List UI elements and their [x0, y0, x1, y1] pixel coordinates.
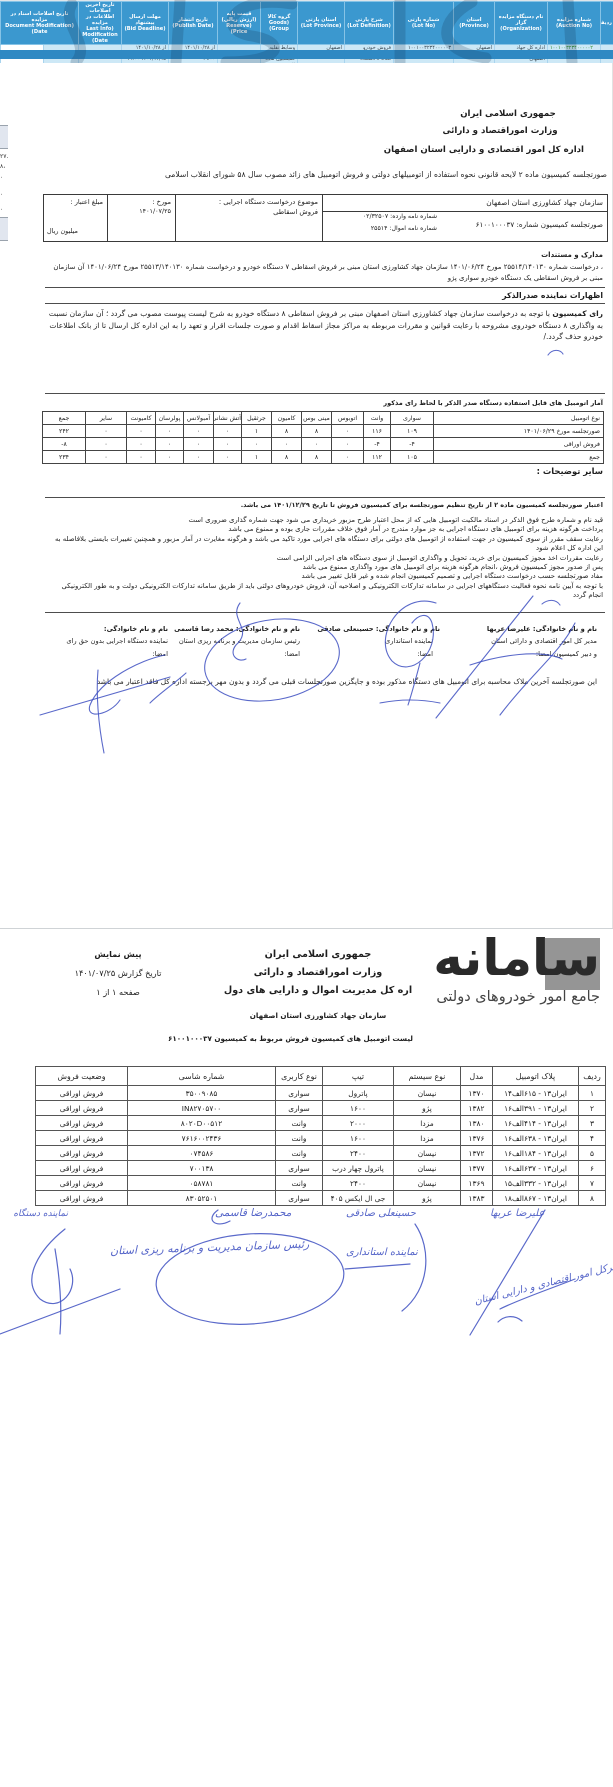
vehicle-cell: ۲ [579, 1101, 606, 1116]
vehicle-cell: ۱۶۰۰ [323, 1101, 394, 1116]
info-credit-unit: میلیون ریال [47, 227, 78, 235]
stats-cell: ۰ [184, 425, 214, 438]
background-fragment-box [0, 217, 8, 241]
vehicle-cell: وانت [276, 1131, 323, 1146]
col-header-label-en: (Province) [455, 23, 493, 29]
vehicle-cell: ۵ [579, 1146, 606, 1161]
col-header-lot-no: شماره پارتی(Lot No) [394, 2, 454, 45]
vehicle-stats-table: نوع اتومبیل سواری وانت اتوبوس مینی بوس ک… [42, 411, 604, 464]
list-title: لیست اتومبیل های کمیسیون فروش مربوط به ک… [193, 1034, 413, 1044]
stats-col-header: جرثقیل [242, 412, 272, 425]
preview-label: پیش نمایش [58, 948, 178, 960]
vehicle-cell: پاترول چهار درب [323, 1161, 394, 1176]
signature-stroke [32, 1229, 73, 1304]
info-commission-number: صورتجلسه کمیسیون شماره: ۶۱۰۰۱۰۰۰۳۷ [476, 220, 603, 229]
vehicle-cell: ۴ [579, 1131, 606, 1146]
vehicle-cell: سواری [276, 1191, 323, 1206]
signature-stroke [402, 1224, 426, 1311]
vehicle-col-header: پلاک اتومبیل [493, 1067, 579, 1086]
vehicle-cell: پاترول [323, 1086, 394, 1101]
vehicle-row: ۵ ایران۱۳ - ۱۸۴الف۱۶ ۱۳۷۲ نیسان ۲۴۰۰ وان… [36, 1146, 606, 1161]
vehicle-cell: ۱۳۷۷ [461, 1161, 493, 1176]
representative-heading: اظهارات نماینده صدرالذکر [502, 291, 603, 300]
vehicle-cell: ۸ [579, 1191, 606, 1206]
stats-col-header: کامیونت [127, 412, 156, 425]
vehicle-cell: ۸۳۰۵۲۵۰۱ [128, 1191, 276, 1206]
heading-republic: جمهوری اسلامی ایران [418, 108, 598, 120]
stats-col-header: کامیون [272, 412, 302, 425]
signatory-name-line: نام و نام خانوادگی: حسینعلی صادقی [310, 623, 440, 635]
col-header-goods-group: گروه کالا(Goods Group) [261, 2, 298, 45]
col-header-last-info-modification: تاریخ آخرین اصلاحات اطلاعات در مزایده(La… [79, 2, 122, 45]
stats-col-header: وانت [364, 412, 391, 425]
vehicle-row: ۴ ایران۱۳ - ۶۳۸الف۱۶ ۱۳۷۶ مزدا ۱۶۰۰ وانت… [36, 1131, 606, 1146]
info-box-divider [175, 195, 176, 241]
col-header-label: تاریخ اصلاحات اسناد در مزایده [2, 11, 77, 23]
stats-cell: ۰ [214, 438, 242, 451]
stats-cell: -۴ [364, 438, 391, 451]
signatory-4: نام و نام خانوادگی: نماینده دستگاه اجرای… [30, 623, 168, 660]
vehicle-cell: ۱ [579, 1086, 606, 1101]
vehicle-cell: وانت [276, 1146, 323, 1161]
signatory-role: نماینده دستگاه اجرایی بدون حق رای [30, 635, 168, 647]
col-header-label: مهلت ارسال پیشنهاد [123, 14, 167, 26]
name-label: نام و نام خانوادگی: [104, 625, 168, 633]
stats-cell: ۰ [332, 451, 364, 464]
signatory-1: نام و نام خانوادگی: علیرضا عربها مدیر کل… [440, 623, 597, 660]
info-box-divider [322, 195, 323, 241]
vehicle-cell: ایران۱۳ - ۳۳۲الف۱۵ [493, 1176, 579, 1191]
vehicle-cell: ایران۱۳ - ۳۹۱الف۱۶ [493, 1101, 579, 1116]
document-title: صورتجلسه کمیسیون ماده ۲ لایحه قانونی نحو… [165, 170, 607, 180]
signatory-name-line: نام و نام خانوادگی: علیرضا عربها [440, 623, 597, 635]
vehicle-cell: ۱۳۸۲ [461, 1101, 493, 1116]
vehicle-list-table: ردیف پلاک اتومبیل مدل نوع سیستم تیپ نوع … [35, 1066, 606, 1206]
vehicle-cell: IN۸۲۷۰۵۷۰۰ [128, 1101, 276, 1116]
stats-col-header: جمع [43, 412, 86, 425]
name-label: نام و نام خانوادگی: [236, 625, 300, 633]
vehicle-header-row: ردیف پلاک اتومبیل مدل نوع سیستم تیپ نوع … [36, 1067, 606, 1086]
vehicle-cell: سواری [276, 1161, 323, 1176]
col-header-province: استان(Province) [454, 2, 495, 45]
signatory-name: حسینعلی صادقی [317, 625, 373, 633]
vehicle-cell: ۷۶۱۶۰۰۲۴۳۶ [128, 1131, 276, 1146]
samaneh-logo: سامانه [433, 929, 600, 987]
stats-cell: ۰ [332, 438, 364, 451]
stats-row: فروش اوراقی -۴ -۴ ۰ ۰ ۰ ۰ ۰ ۰ ۰ ۰ ۰ -۸ [43, 438, 604, 451]
col-header-label: ردیف [602, 20, 612, 26]
stats-col-header: مینی بوس [302, 412, 332, 425]
signatory-3: نام و نام خانوادگی: محمد رضا قاسمی رئیس … [150, 623, 300, 660]
info-box-divider [322, 211, 607, 212]
vehicle-cell: فروش اوراقی [36, 1101, 128, 1116]
col-header-label-en: (Publish Date) [170, 23, 216, 29]
signatory-name-line: نام و نام خانوادگی: [30, 623, 168, 635]
vehicle-cell: مزدا [394, 1116, 461, 1131]
stats-cell: -۸ [43, 438, 86, 451]
stats-cell: ۱ [242, 451, 272, 464]
vehicle-cell: ایران۱۳ - ۶۱۵الف۱۴ [493, 1086, 579, 1101]
stats-cell: ۱۱۶ [364, 425, 391, 438]
info-organization: سازمان جهاد کشاورزی استان اصفهان [486, 198, 603, 207]
vehicle-cell: ۲۰۰۰ [323, 1116, 394, 1131]
signature-stroke [498, 1317, 522, 1322]
handwritten-rep-device: نماینده دستگاه [2, 1209, 68, 1219]
vehicle-cell: ۷۰۰۱۳۸ [128, 1161, 276, 1176]
report-date: تاریخ گزارش ۱۴۰۱/۰۷/۲۵ [58, 967, 178, 979]
col-header-label-en: (Lot No) [395, 23, 452, 29]
col-header-reserve-price: قیمت پایه (ارزش ریالی)(Reserve Price) [218, 2, 261, 45]
info-box: سازمان جهاد کشاورزی استان اصفهان صورتجلس… [43, 194, 608, 242]
assets-letter-value: ۲۵۵۱۴ [371, 225, 388, 232]
vehicle-cell: جی ال ایکس ۴۰۵ [323, 1191, 394, 1206]
commission-number-label: صورتجلسه کمیسیون شماره: [517, 220, 604, 229]
vehicle-cell: نیسان [394, 1176, 461, 1191]
vehicle-cell: ۶ [579, 1161, 606, 1176]
vehicle-cell: فروش اوراقی [36, 1086, 128, 1101]
vehicle-row: ۲ ایران۱۳ - ۳۹۱الف۱۶ ۱۳۸۲ پژو ۱۶۰۰ سواری… [36, 1101, 606, 1116]
vehicle-cell: نیسان [394, 1161, 461, 1176]
col-header-label-en: (Bid Deadline) [123, 26, 167, 32]
vehicle-cell: فروش اوراقی [36, 1161, 128, 1176]
background-fragment-box [0, 125, 8, 149]
stats-col-header: آمبولانس [184, 412, 214, 425]
vehicle-cell: نیسان [394, 1086, 461, 1101]
stats-col-header: آتش نشانی [214, 412, 242, 425]
vote-label: رای کمیسیون [552, 309, 603, 318]
stats-cell: ۸ [272, 451, 302, 464]
note-item: قید نام و شماره طرح فوق الذکر در اسناد م… [45, 516, 603, 525]
assets-letter-label: شماره نامه اموال: [389, 225, 437, 232]
vehicle-cell: نیسان [394, 1146, 461, 1161]
vehicle-cell: وانت [276, 1176, 323, 1191]
note-item: رعایت مقررات اخذ مجوز کمیسیون برای خرید،… [45, 554, 603, 563]
vehicle-cell: ۱۳۸۳ [461, 1191, 493, 1206]
col-header-label-en: (Lot Province) [299, 23, 343, 29]
stats-col-header: سواری [391, 412, 434, 425]
section-divider [45, 303, 605, 304]
vehicle-cell: سواری [276, 1101, 323, 1116]
name-label: نام و نام خانوادگی: [376, 625, 440, 633]
signatory-sign-label: و دبیر کمیسیون امضا: [440, 648, 597, 660]
stats-cell: ۸ [302, 451, 332, 464]
vehicle-col-header: وضعیت فروش [36, 1067, 128, 1086]
stats-cell: ۰ [332, 425, 364, 438]
ink-mark [542, 600, 560, 605]
signatory-2: نام و نام خانوادگی: حسینعلی صادقی نمایند… [310, 623, 440, 660]
note-item: مفاد صورتجلسه حسب درخواست دستگاه اجرایی … [45, 572, 603, 581]
stats-cell: ۰ [156, 438, 184, 451]
stats-cell: ۲۳۴ [43, 451, 86, 464]
auction-table-header-row: ردیف شماره مزایده(Auction No) نام دستگاه… [1, 2, 613, 45]
col-header-auction-no: شماره مزایده(Auction No) [548, 2, 601, 45]
signatory-name: علیرضا عربها [487, 625, 531, 633]
vehicle-col-header: تیپ [323, 1067, 394, 1086]
other-notes-heading: سایر توضیحات : [537, 466, 603, 476]
col-header-index: ردیف [601, 2, 613, 45]
samaneh-tagline: جامع امور خودروهای دولتی [436, 988, 600, 1006]
col-header-label: نام دستگاه مزایده گزار [496, 14, 546, 26]
vehicle-row: ۱ ایران۱۳ - ۶۱۵الف۱۴ ۱۳۷۰ نیسان پاترول س… [36, 1086, 606, 1101]
note-item: پرداخت هرگونه هزینه برای اتومبیل های دست… [45, 525, 603, 534]
stats-cell: ۰ [214, 425, 242, 438]
heading-directorate: اداره کل امور اقتصادی و دارایی استان اصف… [384, 144, 584, 156]
section-divider [45, 612, 605, 613]
stats-header-row: نوع اتومبیل سواری وانت اتوبوس مینی بوس ک… [43, 412, 604, 425]
background-fragment-text: ۸، [0, 163, 5, 170]
stats-cell: ۰ [184, 438, 214, 451]
info-credit-label: مبلغ اعتبار : [70, 198, 103, 206]
vehicle-cell: ۲۴۰۰ [323, 1176, 394, 1191]
signature-ink-icon [0, 929, 613, 1787]
stats-cell: ۱۱۲ [364, 451, 391, 464]
auction-listing: ردیف شماره مزایده(Auction No) نام دستگاه… [0, 0, 613, 63]
vehicle-cell: ۱۳۷۲ [461, 1146, 493, 1161]
handwritten-ghasemi-name: محمدرضا قاسمی [215, 1207, 291, 1219]
documents-heading: مدارک و مستندات [541, 251, 603, 259]
section-divider [45, 393, 605, 394]
handwritten-arabha-name: علیرضا عربها [490, 1208, 544, 1219]
note-item: رعایت سقف مقرر از سوی کمیسیون در جهت است… [45, 535, 603, 554]
stats-row: جمع ۱۰۵ ۱۱۲ ۰ ۸ ۸ ۱ ۰ ۰ ۰ ۰ ۰ ۲۳۴ [43, 451, 604, 464]
col-header-bid-deadline: مهلت ارسال پیشنهاد(Bid Deadline) [122, 2, 169, 45]
vehicle-cell: مزدا [394, 1131, 461, 1146]
vehicle-cell: فروش اوراقی [36, 1191, 128, 1206]
page-number: صفحه ۱ از ۱ [58, 986, 178, 998]
stats-cell: صورتجلسه مورخ ۱۴۰۱/۰۶/۲۹ [434, 425, 604, 438]
info-incoming-letter: شماره نامه وارده: ۰۲/۳۲۵۰۷ [363, 213, 437, 220]
col-header-label-en: (Auction No) [549, 23, 599, 29]
heading-republic: جمهوری اسلامی ایران [218, 948, 418, 961]
stats-cell: ۲۴۲ [43, 425, 86, 438]
stats-col-header: پولرسان [156, 412, 184, 425]
stats-cell: ۰ [86, 425, 127, 438]
vehicle-cell: ۰۷۴۵۸۶ [128, 1146, 276, 1161]
signatory-sign-label: امضا: [150, 648, 300, 660]
signatory-sign-label: امضا: [310, 648, 440, 660]
stats-cell: ۰ [86, 451, 127, 464]
final-note: این صورتجلسه آخرین ملاک محاسبه برای اتوم… [97, 677, 597, 686]
vehicle-cell: ۲۴۰۰ [323, 1146, 394, 1161]
col-header-label-en: (Organization) [496, 26, 546, 32]
stats-cell: ۱ [242, 425, 272, 438]
stats-cell: -۴ [391, 438, 434, 451]
stats-cell: ۰ [272, 438, 302, 451]
report-date-value: ۱۴۰۱/۰۷/۲۵ [75, 968, 116, 978]
commission-number-value: ۶۱۰۰۱۰۰۰۳۷ [476, 220, 515, 229]
vehicle-cell: ایران۱۳ - ۱۸۴الف۱۶ [493, 1146, 579, 1161]
stats-cell: ۱۰۵ [391, 451, 434, 464]
vehicle-cell: ایران۱۳ - ۴۱۴الف۱۶ [493, 1116, 579, 1131]
heading-ministry: وزارت اموراقتصاد و دارائی [410, 125, 590, 137]
stats-cell: ۰ [214, 451, 242, 464]
vehicle-cell: ایران۱۳ - ۸۶۷الف۱۸ [493, 1191, 579, 1206]
vehicle-cell: ۰۵۸۷۸۱ [128, 1176, 276, 1191]
signature-stroke [470, 1210, 545, 1335]
document-page-1: ۲۷. ۸، ۰ ۰ ۰ جمهوری اسلامی ایران وزارت ا… [0, 63, 613, 929]
table-footer-band [0, 50, 613, 59]
stats-cell: ۰ [127, 438, 156, 451]
vehicle-cell: پژو [394, 1191, 461, 1206]
signatory-name-line: نام و نام خانوادگی: محمد رضا قاسمی [150, 623, 300, 635]
vehicle-col-header: شماره شاسی [128, 1067, 276, 1086]
vehicle-cell: ۱۶۰۰ [323, 1131, 394, 1146]
vehicle-cell: ۱۳۶۹ [461, 1176, 493, 1191]
vehicle-row: ۸ ایران۱۳ - ۸۶۷الف۱۸ ۱۳۸۳ پژو جی ال ایکس… [36, 1191, 606, 1206]
vehicle-cell: پژو [394, 1101, 461, 1116]
signature-stroke [0, 1289, 120, 1334]
vehicle-cell: سواری [276, 1086, 323, 1101]
handwritten-arabha-role: مدیرکل امور اقتصادی و دارایی استان [473, 1259, 613, 1307]
handwritten-sadeghi-name: حسینعلی صادقی [346, 1208, 416, 1219]
handwritten-ghasemi-role: رئیس سازمان مدیریت و برنامه ریزی استان [110, 1238, 310, 1258]
col-header-label: قیمت پایه (ارزش ریالی) [219, 11, 259, 23]
vehicle-cell: فروش اوراقی [36, 1176, 128, 1191]
vehicle-col-header: نوع کاربری [276, 1067, 323, 1086]
section-divider [45, 287, 605, 288]
stats-cell: ۰ [242, 438, 272, 451]
vehicle-cell: فروش اوراقی [36, 1116, 128, 1131]
signature-stroke [380, 700, 440, 703]
vehicle-row: ۳ ایران۱۳ - ۴۱۴الف۱۶ ۱۳۸۰ مزدا ۲۰۰۰ وانت… [36, 1116, 606, 1131]
documents-text: ، درخواست شماره ۲۵۵۱۴/۱۴۰۱۳۰ مورخ ۱۴۰۱/۰… [45, 262, 603, 283]
vehicle-cell: فروش اوراقی [36, 1131, 128, 1146]
signature-ink-icon [0, 63, 613, 928]
signatory-role: نماینده استانداری [310, 635, 440, 647]
vehicle-cell: وانت [276, 1116, 323, 1131]
stats-cell: فروش اوراقی [434, 438, 604, 451]
heading-ministry: وزارت اموراقتصاد و دارائی [218, 966, 418, 979]
stats-cell: ۸ [302, 425, 332, 438]
col-header-label-en: (Document Modification Date) [2, 23, 77, 35]
heading-directorate: اره کل مدیریت اموال و دارایی های دول [218, 984, 418, 997]
info-date-label: مورخ : [152, 198, 171, 206]
notes-list: قید نام و شماره طرح فوق الذکر در اسناد م… [45, 516, 603, 601]
vehicle-col-header: ردیف [579, 1067, 606, 1086]
commission-vote: رای کمیسیون با توجه به درخواست سازمان جه… [45, 308, 603, 343]
signature-stroke [345, 1264, 410, 1269]
stats-cell: ۰ [302, 438, 332, 451]
heading-organization: سازمان جهاد کشاورزی استان اصفهان [218, 1011, 418, 1021]
stats-cell: ۰ [127, 451, 156, 464]
vehicle-cell: ۱۳۷۰ [461, 1086, 493, 1101]
vehicle-cell: ۱۳۸۰ [461, 1116, 493, 1131]
stats-col-header: اتوبوس [332, 412, 364, 425]
col-header-label: تاریخ آخرین اصلاحات اطلاعات در مزایده [80, 2, 120, 26]
vehicle-cell: ۸۰۲۰D۰۰۵۱۲ [128, 1116, 276, 1131]
vehicle-col-header: مدل [461, 1067, 493, 1086]
report-date-label: تاریخ گزارش [118, 968, 162, 978]
col-header-label-en: (Goods Group) [262, 20, 296, 32]
vehicle-cell: ایران۱۳ - ۶۳۷الف۱۶ [493, 1161, 579, 1176]
stats-cell: ۰ [156, 425, 184, 438]
info-date-value: ۱۴۰۱/۰۷/۲۵ [139, 207, 171, 215]
col-header-lot-definition: شرح پارتی(Lot Definition) [345, 2, 394, 45]
col-header-label-en: (Lot Definition) [346, 23, 392, 29]
section-divider [45, 497, 605, 498]
stats-col-header: نوع اتومبیل [434, 412, 604, 425]
vehicle-cell: ۳۵۰۰۹۰۸۵ [128, 1086, 276, 1101]
signature-strokes [0, 1210, 575, 1335]
vehicle-row: ۷ ایران۱۳ - ۳۳۲الف۱۵ ۱۳۶۹ نیسان ۲۴۰۰ وان… [36, 1176, 606, 1191]
stats-cell: ۰ [184, 451, 214, 464]
handwritten-sadeghi-role: نماینده استانداری [346, 1247, 418, 1258]
background-fragment-text: ۲۷. [0, 153, 8, 160]
vehicle-cell: ۱۳۷۶ [461, 1131, 493, 1146]
signatory-role: مدیر کل امور اقتصادی و دارائی استان [440, 635, 597, 647]
stats-cell: ۰ [127, 425, 156, 438]
info-box-divider [107, 195, 108, 241]
info-subject-label: موضوع درخواست دستگاه اجرایی : [219, 198, 318, 206]
name-label: نام و نام خانوادگی: [533, 625, 597, 633]
vehicle-cell: ایران۱۳ - ۶۳۸الف۱۶ [493, 1131, 579, 1146]
stats-cell: جمع [434, 451, 604, 464]
col-header-lot-province: استان پارتی(Lot Province) [298, 2, 345, 45]
stats-row: صورتجلسه مورخ ۱۴۰۱/۰۶/۲۹ ۱۰۹ ۱۱۶ ۰ ۸ ۸ ۱… [43, 425, 604, 438]
vehicle-cell: ۷ [579, 1176, 606, 1191]
vote-text: با توجه به درخواست سازمان جهاد کشاورزی ا… [49, 309, 603, 341]
stats-heading: آمار اتومبیل های قابل استفاده دستگاه صدر… [383, 399, 603, 407]
signatory-sign-label: امضا: [30, 648, 168, 660]
col-header-organization: نام دستگاه مزایده گزار(Organization) [495, 2, 548, 45]
validity-note: اعتبار صورتجلسه کمیسیون ماده ۲ از تاریخ … [241, 501, 603, 509]
info-assets-letter: شماره نامه اموال: ۲۵۵۱۴ [371, 225, 437, 232]
signatory-name: محمد رضا قاسمی [174, 625, 234, 633]
note-item: با توجه به آیین نامه نحوه فعالیت دستگاهه… [45, 582, 603, 601]
document-page-2: سامانه جامع امور خودروهای دولتی جمهوری ا… [0, 929, 613, 1787]
info-subject-value: فروش اسقاطی [273, 208, 318, 216]
stats-col-header: سایر [86, 412, 127, 425]
col-header-label-en: (Reserve Price) [219, 23, 259, 35]
background-fragment-text: ۰ [0, 206, 3, 213]
incoming-letter-value: ۰۲/۳۲۵۰۷ [363, 213, 388, 220]
vehicle-cell: ۳ [579, 1116, 606, 1131]
vehicle-cell: فروش اوراقی [36, 1146, 128, 1161]
vehicle-col-header: نوع سیستم [394, 1067, 461, 1086]
col-header-label-en: (Last Info Modification Date) [80, 26, 120, 44]
signature-stroke [55, 1249, 61, 1334]
stats-cell: ۰ [86, 438, 127, 451]
signatory-role: رئیس سازمان مدیریت و برنامه ریزی استان [150, 635, 300, 647]
ink-mark [548, 350, 563, 355]
col-header-document-modification: تاریخ اصلاحات اسناد در مزایده(Document M… [1, 2, 79, 45]
vehicle-row: ۶ ایران۱۳ - ۶۳۷الف۱۶ ۱۳۷۷ نیسان پاترول چ… [36, 1161, 606, 1176]
stats-cell: ۱۰۹ [391, 425, 434, 438]
stats-cell: ۸ [272, 425, 302, 438]
incoming-letter-label: شماره نامه وارده: [390, 213, 437, 220]
background-fragment-text: ۰ [0, 191, 3, 198]
background-fragment-text: ۰ [0, 174, 3, 181]
col-header-publish-date: تاریخ انتشار(Publish Date) [169, 2, 218, 45]
stats-cell: ۰ [156, 451, 184, 464]
